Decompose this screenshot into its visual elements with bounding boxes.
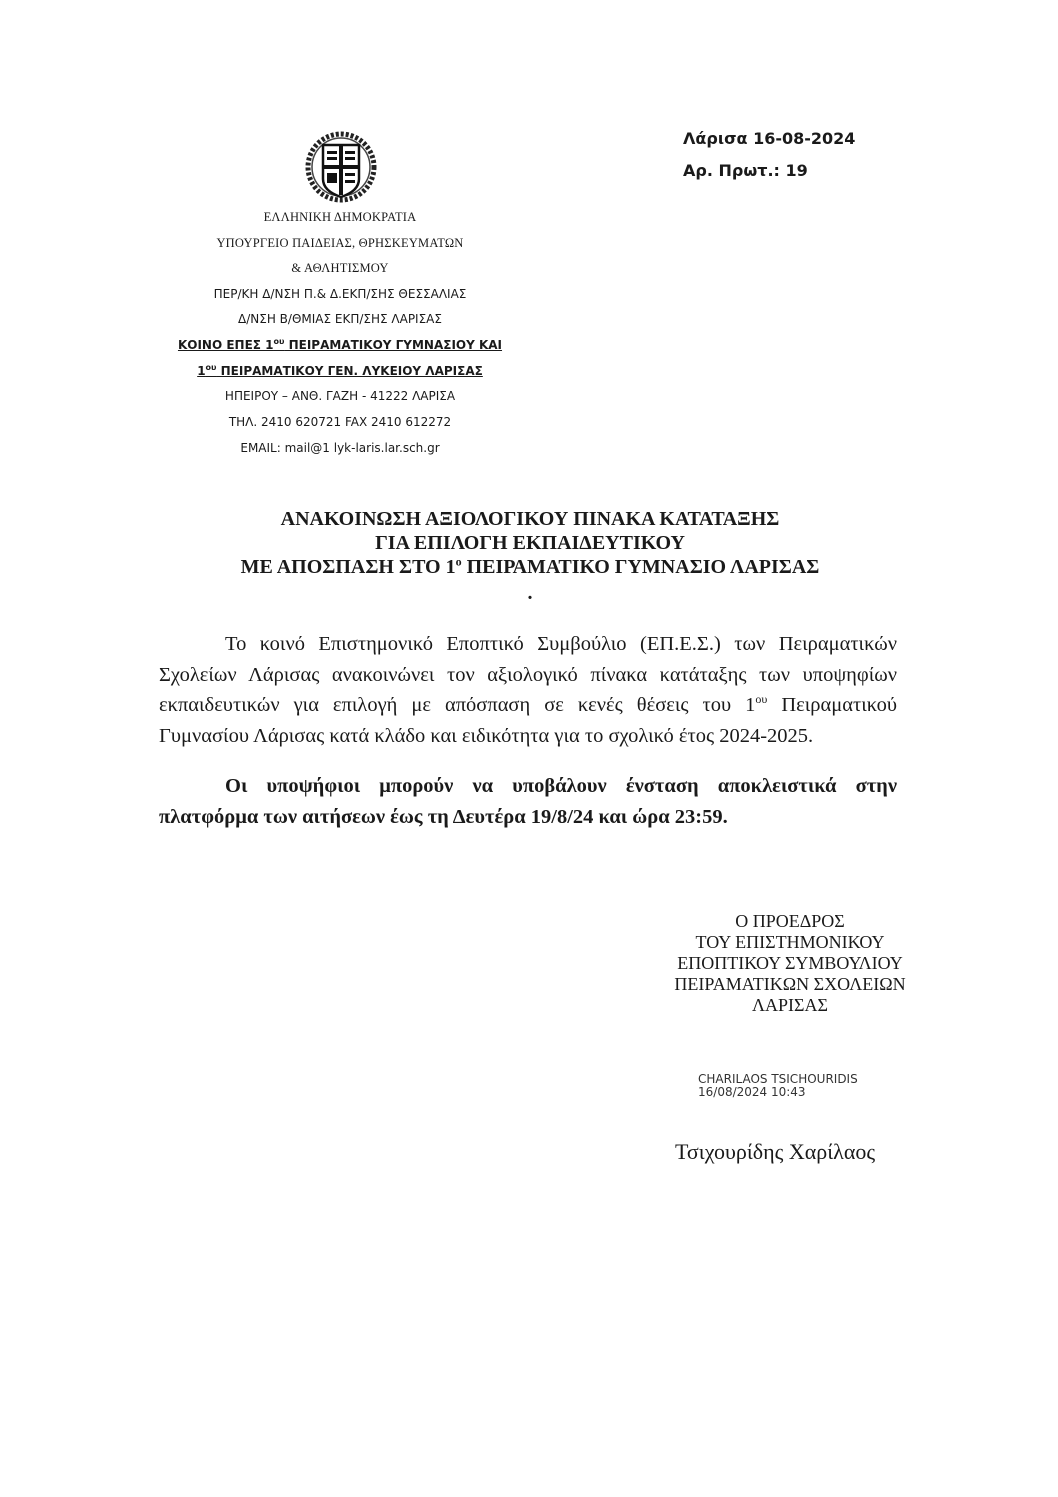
protocol-number: Αρ. Πρωτ.: 19	[683, 161, 808, 180]
title-dot: .	[150, 582, 910, 605]
signatory-name: Τσιχουρίδης Χαρίλαος	[675, 1139, 875, 1165]
letterhead-line: ΠΕΡ/ΚΗ Δ/ΝΣΗ Π.& Δ.ΕΚΠ/ΣΗΣ ΘΕΣΣΑΛΙΑΣ	[150, 287, 530, 301]
school-name-line-2: 1ου ΠΕΙΡΑΜΑΤΙΚΟΥ ΓΕΝ. ΛΥΚΕΙΟΥ ΛΑΡΙΣΑΣ	[150, 364, 530, 378]
announcement-paragraph: Το κοινό Επιστημονικό Εποπτικό Συμβούλιο…	[159, 629, 897, 751]
school-email: EMAIL: mail@1 lyk-laris.lar.sch.gr	[150, 441, 530, 455]
document-date: Λάρισα 16-08-2024	[683, 129, 855, 148]
letterhead-line: Δ/ΝΣΗ Β/ΘΜΙΑΣ ΕΚΠ/ΣΗΣ ΛΑΡΙΣΑΣ	[150, 312, 530, 326]
school-address: ΗΠΕΙΡΟΥ – ΑΝΘ. ΓΑΖΗ - 41222 ΛΑΡΙΣΑ	[150, 389, 530, 403]
school-phone: ΤΗΛ. 2410 620721 FAX 2410 612272	[150, 415, 530, 429]
letterhead: ΕΛΛΗΝΙΚΗ ΔΗΜΟΚΡΑΤΙΑ ΥΠΟΥΡΓΕΙΟ ΠΑΙΔΕΙΑΣ, …	[150, 0, 530, 470]
letterhead-line: ΥΠΟΥΡΓΕΙΟ ΠΑΙΔΕΙΑΣ, ΘΡΗΣΚΕΥΜΑΤΩΝ	[150, 236, 530, 251]
school-name-line-1: ΚΟΙΝΟ ΕΠΕΣ 1ου ΠΕΙΡΑΜΑΤΙΚΟΥ ΓΥΜΝΑΣΙΟΥ ΚΑ…	[150, 338, 530, 352]
digital-signature-stamp: CHARILAOS TSICHOURIDIS 16/08/2024 10:43	[698, 1073, 858, 1099]
objection-notice: Οι υποψήφιοι μπορούν να υποβάλουν ένστασ…	[159, 771, 897, 832]
announcement-title: ΑΝΑΚΟΙΝΩΣΗ ΑΞΙΟΛΟΓΙΚΟΥ ΠΙΝΑΚΑ ΚΑΤΑΤΑΞΗΣ …	[150, 507, 910, 579]
letterhead-line: & ΑΘΛΗΤΙΣΜΟΥ	[150, 261, 530, 276]
letterhead-line: ΕΛΛΗΝΙΚΗ ΔΗΜΟΚΡΑΤΙΑ	[150, 210, 530, 225]
signatory-title: Ο ΠΡΟΕΔΡΟΣ ΤΟΥ ΕΠΙΣΤΗΜΟΝΙΚΟΥ ΕΠΟΠΤΙΚΟΥ Σ…	[640, 911, 940, 1016]
